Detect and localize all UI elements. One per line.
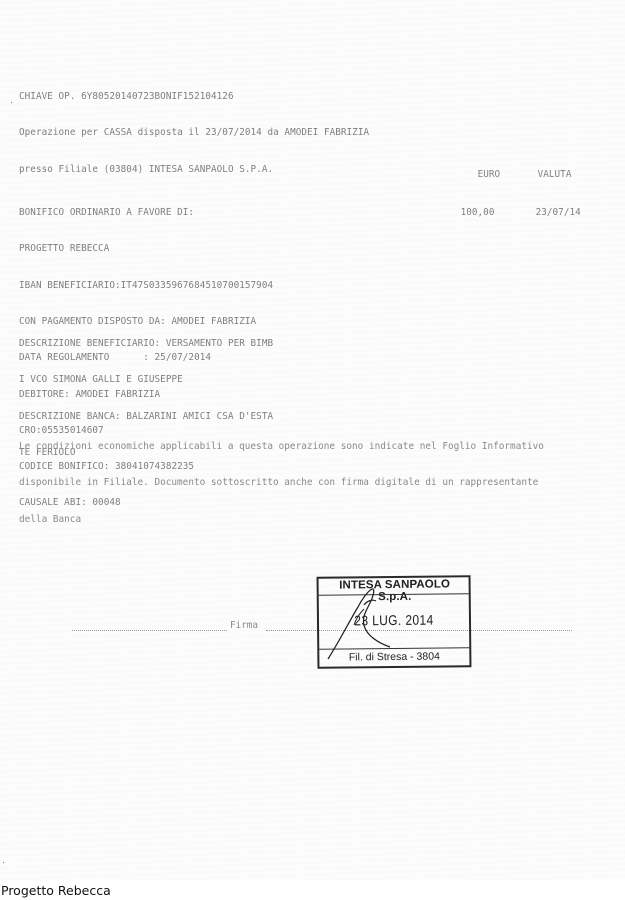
beneficiary-description-2: I VCO SIMONA GALLI E GIUSEPPE bbox=[19, 374, 273, 386]
conditions-line-3: della Banca bbox=[19, 514, 544, 526]
scan-speck bbox=[3, 862, 4, 863]
conditions-line-1: Le condizioni economiche applicabili a q… bbox=[19, 441, 544, 453]
column-valuta: VALUTA bbox=[538, 169, 572, 181]
transfer-title: BONIFICO ORDINARIO A FAVORE DI: bbox=[19, 207, 273, 219]
footer-caption: Progetto Rebecca bbox=[1, 883, 111, 898]
amount-row: 100,0023/07/14 bbox=[438, 195, 581, 231]
operation-header: CHIAVE OP. 6Y80520140723BONIF152104126 O… bbox=[19, 67, 369, 200]
column-euro: EURO bbox=[478, 169, 538, 181]
value-date: 23/07/14 bbox=[536, 207, 581, 219]
scanned-receipt-page: CHIAVE OP. 6Y80520140723BONIF152104126 O… bbox=[0, 0, 625, 880]
operation-description: Operazione per CASSA disposta il 23/07/2… bbox=[19, 127, 369, 139]
beneficiary-name: PROGETTO REBECCA bbox=[19, 243, 273, 255]
scan-speck bbox=[11, 102, 12, 103]
conditions-line-2: disponibile in Filiale. Documento sottos… bbox=[19, 477, 544, 489]
beneficiary-description-1: DESCRIZIONE BENEFICIARIO: VERSAMENTO PER… bbox=[19, 338, 273, 350]
handwritten-signature-icon bbox=[320, 585, 400, 665]
branch-info: presso Filiale (03804) INTESA SANPAOLO S… bbox=[19, 164, 369, 176]
conditions-note: Le condizioni economiche applicabili a q… bbox=[19, 416, 544, 551]
column-headers: EUROVALUTA bbox=[455, 157, 571, 193]
beneficiary-iban: IBAN BENEFICIARIO:IT47S03359676845107001… bbox=[19, 280, 273, 292]
dotted-line-left bbox=[72, 630, 227, 631]
operation-key: CHIAVE OP. 6Y80520140723BONIF152104126 bbox=[19, 91, 369, 103]
amount-euro: 100,00 bbox=[461, 207, 536, 219]
signature-label: Firma bbox=[230, 620, 258, 631]
